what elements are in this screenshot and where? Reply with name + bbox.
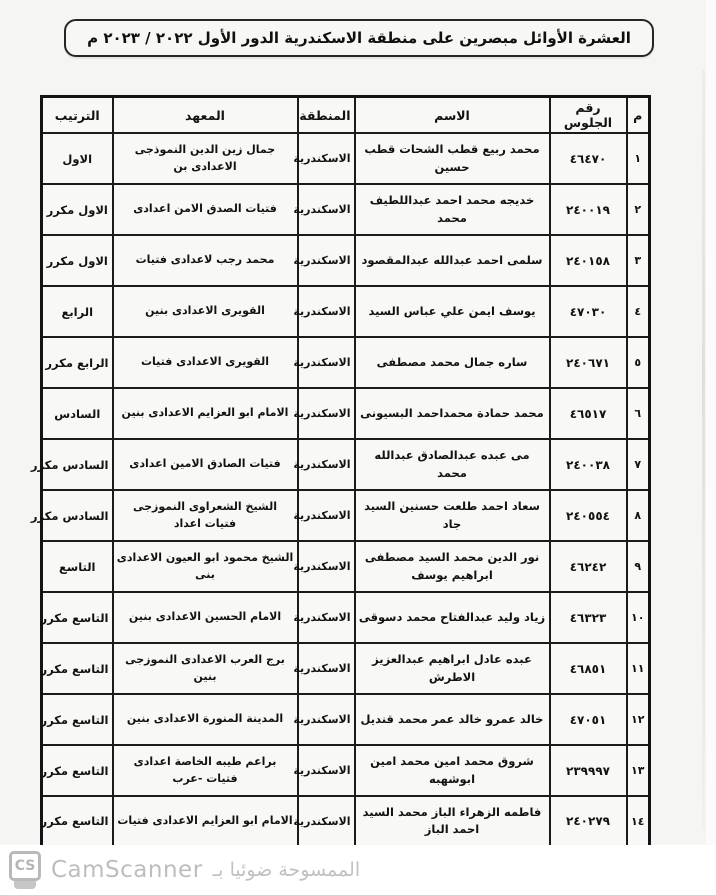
region-cell: الاسكندرية [298,133,355,184]
camscanner-logo-icon: CS [9,851,41,881]
seat-number-cell: ٢٣٩٩٩٧ [550,745,627,796]
table-row: ٣ ٢٤٠١٥٨ سلمى احمد عبدالله عبدالمقصود ال… [42,235,650,286]
student-name-cell: زياد وليد عبدالفتاح محمد دسوقى [355,592,550,643]
rank-cell: التاسع مكرر [42,592,113,643]
rank-cell: السادس [42,388,113,439]
seat-number-cell: ٤٦٨٥١ [550,643,627,694]
row-number-cell: ٧ [627,439,650,490]
col-header-seat-number: رقم الجلوس [550,97,627,134]
rank-cell: التاسع مكرر [42,796,113,847]
region-cell: الاسكندرية [298,694,355,745]
table-row: ١٣ ٢٣٩٩٩٧ شروق محمد امين محمد امين ابوشه… [42,745,650,796]
region-cell: الاسكندرية [298,592,355,643]
rank-cell: التاسع مكرر [42,745,113,796]
col-header-region: المنطقة [298,97,355,134]
institute-cell: القويرى الاعدادى فتيات [113,337,298,388]
table-row: ١٠ ٤٦٣٢٣ زياد وليد عبدالفتاح محمد دسوقى … [42,592,650,643]
rank-cell: الاول [42,133,113,184]
institute-cell: جمال زين الدين النموذجى الاعدادى بن [113,133,298,184]
region-cell: الاسكندرية [298,439,355,490]
document-title-box: العشرة الأوائل مبصرين على منطقة الاسكندر… [64,19,654,57]
rank-cell: التاسع مكرر [42,694,113,745]
seat-number-cell: ٢٤٠٠١٩ [550,184,627,235]
row-number-cell: ٣ [627,235,650,286]
institute-cell: الامام ابو العزايم الاعدادى بنين [113,388,298,439]
seat-number-cell: ٢٤٠٦٧١ [550,337,627,388]
table-row: ١ ٤٦٤٧٠ محمد ربيع قطب الشحات قطب حسين ال… [42,133,650,184]
seat-number-cell: ٤٧٠٣٠ [550,286,627,337]
table-row: ١١ ٤٦٨٥١ عبده عادل ابراهيم عبدالعزيز الا… [42,643,650,694]
seat-number-cell: ٤٦٥١٧ [550,388,627,439]
institute-cell: الشيخ محمود ابو العيون الاعدادى بنى [113,541,298,592]
seat-number-cell: ٤٧٠٥١ [550,694,627,745]
student-name-cell: مى عبده عبدالصادق عبدالله محمد [355,439,550,490]
region-cell: الاسكندرية [298,388,355,439]
region-cell: الاسكندرية [298,286,355,337]
header-row: م رقم الجلوس الاسم المنطقة المعهد الترتي… [42,97,650,134]
region-cell: الاسكندرية [298,541,355,592]
table-row: ١٢ ٤٧٠٥١ خالد عمرو خالد عمر محمد قنديل ا… [42,694,650,745]
table-row: ٦ ٤٦٥١٧ محمد حمادة محمداحمد البسيونى الا… [42,388,650,439]
rank-cell: الرابع [42,286,113,337]
col-header-name: الاسم [355,97,550,134]
table-row: ٥ ٢٤٠٦٧١ ساره جمال محمد مصطفى الاسكندرية… [42,337,650,388]
region-cell: الاسكندرية [298,235,355,286]
col-header-no: م [627,97,650,134]
region-cell: الاسكندرية [298,184,355,235]
student-name-cell: ساره جمال محمد مصطفى [355,337,550,388]
paper-edge [706,0,716,845]
student-name-cell: فاطمه الزهراء الباز محمد السيد احمد البا… [355,796,550,847]
institute-cell: فتيات الصدق الامن اعدادى [113,184,298,235]
camscanner-brand: CamScanner [51,857,203,883]
rank-cell: السادس مكرر [42,439,113,490]
rank-cell: الرابع مكرر [42,337,113,388]
institute-cell: براعم طيبه الخاصة اعدادى فتيات -عرب [113,745,298,796]
student-name-cell: سلمى احمد عبدالله عبدالمقصود [355,235,550,286]
institute-cell: الشيخ الشعراوى النموزجى فتيات اعداد [113,490,298,541]
results-table: م رقم الجلوس الاسم المنطقة المعهد الترتي… [40,95,651,849]
student-name-cell: خديجه محمد احمد عبداللطيف محمد [355,184,550,235]
row-number-cell: ١٣ [627,745,650,796]
rank-cell: السادس مكرر [42,490,113,541]
student-name-cell: يوسف ايمن علي عباس السيد [355,286,550,337]
region-cell: الاسكندرية [298,490,355,541]
rank-cell: التاسع مكرر [42,643,113,694]
table-row: ٧ ٢٤٠٠٣٨ مى عبده عبدالصادق عبدالله محمد … [42,439,650,490]
institute-cell: برج العرب الاعدادى النموزجى بنين [113,643,298,694]
student-name-cell: نور الدين محمد السيد مصطفى ابراهيم يوسف [355,541,550,592]
institute-cell: القويرى الاعدادى بنين [113,286,298,337]
institute-cell: المدينة المنورة الاعدادى بنين [113,694,298,745]
student-name-cell: سعاد احمد طلعت حسنين السيد جاد [355,490,550,541]
institute-cell: الامام الحسين الاعدادى بنين [113,592,298,643]
seat-number-cell: ٤٦٣٢٣ [550,592,627,643]
table-row: ٢ ٢٤٠٠١٩ خديجه محمد احمد عبداللطيف محمد … [42,184,650,235]
institute-cell: الامام ابو العزايم الاعدادى فتيات [113,796,298,847]
page-title: العشرة الأوائل مبصرين على منطقة الاسكندر… [87,29,631,47]
seat-number-cell: ٢٤٠٠٣٨ [550,439,627,490]
table-row: ١٤ ٢٤٠٢٧٩ فاطمه الزهراء الباز محمد السيد… [42,796,650,847]
region-cell: الاسكندرية [298,796,355,847]
seat-number-cell: ٤٦٢٤٢ [550,541,627,592]
region-cell: الاسكندرية [298,337,355,388]
camscanner-footer: CS CamScanner الممسوحة ضوئيا بـ [0,845,716,895]
row-number-cell: ٨ [627,490,650,541]
region-cell: الاسكندرية [298,643,355,694]
row-number-cell: ٩ [627,541,650,592]
institute-cell: فتيات الصادق الامين اعدادى [113,439,298,490]
row-number-cell: ١ [627,133,650,184]
scanned-with-note: الممسوحة ضوئيا بـ [213,859,360,881]
col-header-rank: الترتيب [42,97,113,134]
seat-number-cell: ٤٦٤٧٠ [550,133,627,184]
camscanner-logo-text: CS [15,858,36,874]
rank-cell: التاسع [42,541,113,592]
table-row: ٨ ٢٤٠٥٥٤ سعاد احمد طلعت حسنين السيد جاد … [42,490,650,541]
row-number-cell: ١٤ [627,796,650,847]
student-name-cell: محمد ربيع قطب الشحات قطب حسين [355,133,550,184]
student-name-cell: محمد حمادة محمداحمد البسيونى [355,388,550,439]
row-number-cell: ٢ [627,184,650,235]
institute-cell: محمد رجب لاعدادى فتيات [113,235,298,286]
row-number-cell: ١٠ [627,592,650,643]
student-name-cell: شروق محمد امين محمد امين ابوشهبه [355,745,550,796]
row-number-cell: ٦ [627,388,650,439]
student-name-cell: عبده عادل ابراهيم عبدالعزيز الاطرش [355,643,550,694]
rank-cell: الاول مكرر [42,184,113,235]
row-number-cell: ٥ [627,337,650,388]
region-cell: الاسكندرية [298,745,355,796]
student-name-cell: خالد عمرو خالد عمر محمد قنديل [355,694,550,745]
col-header-institute: المعهد [113,97,298,134]
seat-number-cell: ٢٤٠١٥٨ [550,235,627,286]
row-number-cell: ١١ [627,643,650,694]
row-number-cell: ٤ [627,286,650,337]
table-row: ٤ ٤٧٠٣٠ يوسف ايمن علي عباس السيد الاسكند… [42,286,650,337]
table-row: ٩ ٤٦٢٤٢ نور الدين محمد السيد مصطفى ابراه… [42,541,650,592]
seat-number-cell: ٢٤٠٥٥٤ [550,490,627,541]
rank-cell: الاول مكرر [42,235,113,286]
seat-number-cell: ٢٤٠٢٧٩ [550,796,627,847]
scan-shadow-line [702,70,705,830]
row-number-cell: ١٢ [627,694,650,745]
